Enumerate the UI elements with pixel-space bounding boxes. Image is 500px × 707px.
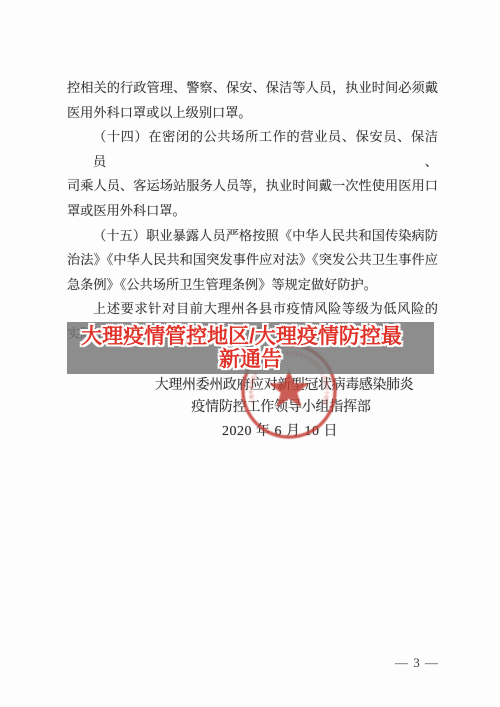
document-body-text: 控相关的行政管理、警察、保安、保洁等人员，执业时间必须戴 医用外科口罩或以上级别… — [67, 76, 438, 347]
body-line: 控相关的行政管理、警察、保安、保洁等人员，执业时间必须戴 — [67, 76, 438, 101]
body-line: （十四）在密闭的公共场所工作的营业员、保安员、保洁员、 — [67, 125, 438, 174]
body-line: 治法》《中华人民共和国突发事件应对法》《突发公共卫生事件应 — [67, 248, 438, 273]
body-line: 医用外科口罩或以上级别口罩。 — [67, 101, 438, 126]
body-line: 急条例》《公共场所卫生管理条例》等规定做好防护。 — [67, 273, 438, 298]
page-number: — 3 — — [395, 655, 443, 671]
headline-overlay-bar: 大理疫情管控地区/大理疫情防控最 新通告 — [67, 322, 434, 374]
body-line: （十五）职业暴露人员严格按照《中华人民共和国传染病防 — [67, 224, 438, 249]
seal-star-icon — [269, 369, 309, 407]
body-line: 罩或医用外科口罩。 — [67, 199, 438, 224]
body-line: 上述要求针对目前大理州各县市疫情风险等级为低风险的 — [67, 297, 438, 322]
headline-line2: 新通告 — [67, 348, 434, 371]
document-page: 控相关的行政管理、警察、保安、保洁等人员，执业时间必须戴 医用外科口罩或以上级别… — [0, 0, 500, 707]
headline-line1: 大理疫情管控地区/大理疫情防控最 — [58, 325, 425, 348]
body-line: 司乘人员、客运场站服务人员等，执业时间戴一次性使用医用口 — [67, 174, 438, 199]
